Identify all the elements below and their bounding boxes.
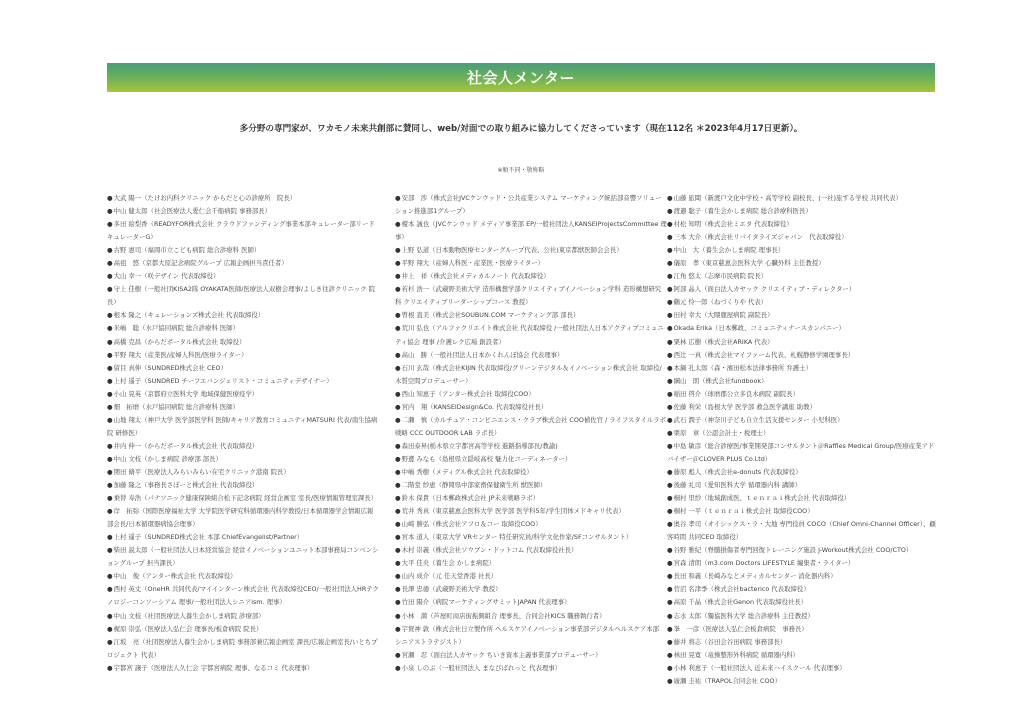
mentor-text: 曽根 直美（株式会社SOUBUN.COM マーケティング部 部長） [402, 311, 580, 319]
intro-text: 多分野の専門家が、ワカモノ未来共創部に賛同し、web/対面での取り組みに協力して… [107, 122, 935, 134]
mentor-entry: ●上村 遥子（SUNDRED株式会社 本部 ChiefEvangelist/Pa… [107, 531, 379, 544]
mentor-entry: ●小林 満（芦屋町商店街振興組合 理事長、合同会社KICS 職務執行者） [395, 610, 667, 623]
mentor-text: 中嶋 秀樹（メディグル株式会社 代表取締役） [402, 468, 533, 476]
bullet-icon: ● [667, 390, 673, 398]
mentor-text: 奥谷 孝司（オイシックス・ラ・大地 専門役員 COCO（Chief Omni-C… [667, 520, 936, 541]
bullet-icon: ● [107, 259, 113, 267]
bullet-icon: ● [107, 416, 113, 424]
bullet-icon: ● [107, 285, 113, 293]
mentor-entry: ●林田 晃寛（竜操整形外科病院 循環器内科） [667, 649, 939, 662]
mentor-entry: ●菅沼 名津季（株式会社bacterico 代表取締役） [667, 583, 939, 596]
bullet-icon: ● [395, 664, 401, 672]
mentor-entry: ●関田 脩平（医療法人みらいみらい在宅クリニック港南 院長） [107, 466, 379, 479]
mentor-entry: ●本鍋 孔太郎（森・濱田松本法律事務所 弁護士） [667, 362, 939, 375]
bullet-icon: ● [667, 324, 673, 332]
bullet-icon: ● [107, 246, 113, 254]
mentor-entry: ●留目 真伸（SUNDRED株式会社 CEO） [107, 362, 379, 375]
mentor-text: 守上 佳樹（一般社団KISA2隊 OYAKATA医師/医療法人双樹会理事/よしき… [107, 285, 375, 306]
mentor-text: 峯 一彦（医療法人弘仁会板倉病院 事務長） [674, 625, 808, 633]
bullet-icon: ● [107, 468, 113, 476]
mentor-entry: ●栗原 章（公認会計士・税理士） [667, 427, 939, 440]
bullet-icon: ● [395, 364, 401, 372]
bullet-icon: ● [107, 507, 113, 515]
mentor-text: 渡邉 聡子（養生会かしま病院 総合診療科医長） [674, 207, 812, 215]
mentor-entry: ●高山 勝（一般社団法人日本かくれんぼ協会 代表理事） [395, 349, 667, 362]
mentor-text: 加藤 隆之（事務長さぽーと株式会社 代表取締役） [114, 481, 259, 489]
bullet-icon: ● [395, 533, 401, 541]
mentor-text: 森田泰昇(栃木県立宇都宮高等学校 進路指導部長/教諭) [402, 442, 558, 450]
mentor-entry: ●二階堂 紗恵（静岡県中部家畜保健衛生所 獣医師） [395, 479, 667, 492]
mentor-entry: ●武石 潤子（神奈川子ども自立生活支援センター 小児科医） [667, 414, 939, 427]
mentor-entry: ●中山 大（養生会かしま病院 理事長） [667, 244, 939, 257]
bullet-icon: ● [395, 351, 401, 359]
mentor-entry: ●三本 大介（株式会社リバイタライズジャパン 代表取締役） [667, 231, 939, 244]
order-note: ※順不同・敬称略 [107, 165, 935, 174]
mentor-entry: ●西辻 一真（株式会社マイファーム代表、札幌静修学園理事長） [667, 349, 939, 362]
bullet-icon: ● [395, 311, 401, 319]
bullet-icon: ● [667, 585, 673, 593]
mentor-text: 上村 遥子（SUNDRED株式会社 本部 ChiefEvangelist/Par… [114, 533, 304, 541]
mentor-entry: ●粟林 広樹（株式会社ARIKA 代表） [667, 336, 939, 349]
mentor-text: 長田 和義（長崎みなとメディカルセンター 消化器内科） [674, 572, 837, 580]
bullet-icon: ● [667, 298, 673, 306]
mentor-entry: ●西村 英丈（OneHR 共同代表/マイインターン株式会社 代表取締役CEO/一… [107, 583, 379, 609]
mentor-text: 野邊 みなも（島根県立隠岐高校 魅力化コーディネーター） [402, 455, 572, 463]
bullet-icon: ● [107, 403, 113, 411]
mentor-text: 荒井 秀真（東京慈恵会医科大学 医学部 医学科5年/学生団体メドキャリ代表） [402, 507, 625, 515]
mentor-text: 高橋 克昌（からだポータル株式会社 取締役） [114, 338, 246, 346]
bullet-icon: ● [107, 625, 113, 633]
bullet-icon: ● [395, 259, 401, 267]
mentor-text: 江坂 亮（社団医療法人養生会かしま病院 事務部兼広報企画室 課長/広報企画室長/… [107, 638, 378, 659]
mentor-text: 古野 憲司（福岡市立こども病院 総合診療科 医師） [114, 246, 261, 254]
bullet-icon: ● [107, 194, 113, 202]
bullet-icon: ● [395, 285, 401, 293]
mentor-entry: ●高橋 克昌（からだポータル株式会社 取締役） [107, 336, 379, 349]
bullet-icon: ● [395, 442, 401, 450]
bullet-icon: ● [395, 651, 401, 659]
mentor-entry: ●鈴木 保貴（日本郵政株式会社 JP未来戦略ラボ） [395, 492, 667, 505]
mentor-entry: ●佐藤 利栄（島根大学 医学部 救急医学講座 助教） [667, 401, 939, 414]
mentor-text: 大平 佳央（養生会 かしま病院） [402, 559, 496, 567]
mentor-text: 山崎 勝弘（株式会社アフロ＆コー 取締役COO） [402, 520, 542, 528]
bullet-icon: ● [667, 651, 673, 659]
bullet-icon: ● [667, 416, 673, 424]
bullet-icon: ● [107, 311, 113, 319]
bullet-icon: ● [395, 416, 401, 424]
mentor-entry: ●古野 憲司（福岡市立こども病院 総合診療科 医師） [107, 244, 379, 257]
bullet-icon: ● [107, 324, 113, 332]
mentor-entry: ●米嶋 聡（水戸協同病院 総合診療科 医師） [107, 322, 379, 335]
mentor-text: 平野 翔大（産婦人科医・産業医・医療ライター） [402, 259, 544, 267]
bullet-icon: ● [667, 638, 673, 646]
bullet-icon: ● [107, 220, 113, 228]
bullet-icon: ● [667, 220, 673, 228]
bullet-icon: ● [107, 338, 113, 346]
mentor-entry: ●谷野 雅紀（脊髄損傷者専門回復トレーニング施設 J-Workout株式会社 C… [667, 544, 939, 557]
bullet-icon: ● [667, 625, 673, 633]
mentor-text: 阿部 晶人（面白法人カヤック クリエイティブ・ディレクター） [674, 285, 856, 293]
mentor-text: 武石 潤子（神奈川子ども自立生活支援センター 小児科医） [674, 416, 844, 424]
bullet-icon: ● [395, 612, 401, 620]
mentor-entry: ●荒川 弘也（アルファクリエイト株式会社 代表取締役 /一般社団法人日本アクティ… [395, 322, 667, 348]
bullet-icon: ● [667, 285, 673, 293]
mentor-entry: ●乗替 寿浩（パナソニック健康保険組合松下記念病院 経営企画室 室長/医療情報管… [107, 492, 379, 505]
bullet-icon: ● [395, 194, 401, 202]
mentor-entry: ●高祖 悠（京都大原記念病院グループ 広報企画担当責任者） [107, 257, 379, 270]
mentor-text: 中山 大（養生会かしま病院 理事長） [674, 246, 785, 254]
mentor-text: 鈴木 保貴（日本郵政株式会社 JP未来戦略ラボ） [402, 494, 540, 502]
mentor-text: 藤井 将志（谷田会谷田病院 事務部長） [674, 638, 787, 646]
bullet-icon: ● [395, 468, 401, 476]
bullet-icon: ● [107, 664, 113, 672]
mentor-text: 若杉 浩一（武蔵野美術大学 造形構想学部クリエイティブイノベーション学科 造形構… [395, 285, 661, 306]
bullet-icon: ● [107, 455, 113, 463]
bullet-icon: ● [667, 194, 673, 202]
mentor-text: 高山 勝（一般社団法人日本かくれんぼ協会 代表理事） [402, 351, 564, 359]
mentor-text: 小山 晃英（京都府立医科大学 地域保健医療疫学） [114, 390, 259, 398]
mentor-entry: ●西山 知恵子（アンター株式会社 取締役COO） [395, 388, 667, 401]
mentor-text: 井上 祥（株式会社メディカルノート 代表取締役） [402, 272, 550, 280]
bullet-icon: ● [667, 546, 673, 554]
bullet-icon: ● [667, 481, 673, 489]
bullet-icon: ● [667, 507, 673, 515]
mentor-text: 竹田 陽介（病院マーケティングサミットJAPAN 代表理事） [402, 598, 571, 606]
mentor-text: 儀原 孝（東京慈恵会医科大学 心臓外科 主任教授） [674, 259, 825, 267]
mentor-text: 谷野 雅紀（脊髄損傷者専門回復トレーニング施設 J-Workout株式会社 CO… [674, 546, 913, 554]
mentor-text: 三本 大介（株式会社リバイタライズジャパン 代表取締役） [674, 233, 848, 241]
mentor-entry: ●小林 利恵子（一般社団法人 近未来ハイスクール 代表理事） [667, 662, 939, 675]
mentor-entry: ●山崎 勝弘（株式会社アフロ＆コー 取締役COO） [395, 518, 667, 531]
bullet-icon: ● [667, 598, 673, 606]
bullet-icon: ● [667, 351, 673, 359]
mentor-text: 根本 隆之（キュレーションズ株式会社 代表取締役） [114, 311, 265, 319]
mentor-entry: ●宇賀神 敦（株式会社日立製作所 ヘルスケアイノベーション事業部デジタルヘルスケ… [395, 623, 667, 649]
mentor-text: 安部 渉（株式会社JVCケンウッド・公共産業システム マーケティング統括部音響ソ… [395, 194, 662, 215]
bullet-icon: ● [107, 481, 113, 489]
mentor-text: 長澤 忠徳（武蔵野美術大学 教授） [402, 585, 502, 593]
mentor-entry: ●畑 拓磨（水戸協同病院 総合診療科 医師） [107, 401, 379, 414]
bullet-icon: ● [395, 625, 401, 633]
mentor-entry: ●宮本 道人（東京大学 VRセンター 特任研究員/科学文化作家/SFコンサルタン… [395, 531, 667, 544]
mentor-text: 村松 知明（株式会社ミエタ 代表取締役） [674, 220, 793, 228]
mentor-text: 藤原 彪人（株式会社e-donuts 代表取締役） [674, 468, 802, 476]
mentor-entry: ●中山 文枝（かしま病院 診療部 部長） [107, 453, 379, 466]
bullet-icon: ● [107, 351, 113, 359]
mentor-entry: ●廣瀬 圭祐（TRAPOL合同会社 COO） [667, 675, 939, 688]
mentor-entry: ●山藤 旅聞（新渡戸文化中学校・高等学校 副校長、(一社)旅する学校 共同代表） [667, 192, 939, 205]
mentor-entry: ●榎本 誠也（JVCケンウッド メディア事業部 EP/一般社団法人KANSEIP… [395, 218, 667, 244]
mentor-entry: ●若杉 浩一（武蔵野美術大学 造形構想学部クリエイティブイノベーション学科 造形… [395, 283, 667, 309]
mentor-text: 粟林 広樹（株式会社ARIKA 代表） [674, 338, 774, 346]
mentor-text: 宮本 道人（東京大学 VRセンター 特任研究員/科学文化作家/SFコンサルタント… [402, 533, 633, 541]
section-title: 社会人メンター [467, 67, 575, 88]
mentor-text: 上村 遥子（SUNDRED チーフエバンジェリスト・コミュニティデザイナー） [114, 377, 333, 385]
bullet-icon: ● [667, 559, 673, 567]
mentor-entry: ●阿部 晶人（面白法人カヤック クリエイティブ・ディレクター） [667, 283, 939, 296]
bullet-icon: ● [667, 311, 673, 319]
bullet-icon: ● [395, 572, 401, 580]
mentor-entry: ●江坂 亮（社団医療法人養生会かしま病院 事務部兼広報企画室 課長/広報企画室長… [107, 636, 379, 662]
mentor-text: 田村 幸大（大隈鹿屋病院 副院長） [674, 311, 774, 319]
mentor-entry: ●井内 伸一（からだポータル株式会社 代表取締役） [107, 440, 379, 453]
mentor-text: 廣瀬 圭祐（TRAPOL合同会社 COO） [674, 677, 781, 685]
mentor-entry: ●宮瀬 忍（面白法人カヤック ちいき資本主義事業部プロデューサー） [395, 649, 667, 662]
bullet-icon: ● [667, 429, 673, 437]
mentor-entry: ●中山 俊（アンター株式会社 代表取締役） [107, 570, 379, 583]
mentor-text: 山地 翔太（神戸大学 医学部医学科 医師/キャリア教育コミュニティMATSURI… [107, 416, 377, 437]
mentor-text: 岸 拓弥（国際医療福祉大学 大学院医学研究科循環器内科学教授/日本循環器学会情報… [107, 507, 373, 528]
mentor-text: 宮瀬 忍（面白法人カヤック ちいき資本主義事業部プロデューサー） [402, 651, 602, 659]
bullet-icon: ● [107, 572, 113, 580]
mentor-text: 柴田 説太郎（一般社団法人日本経営協会 経営イノベーションユニット本部事務局コン… [107, 546, 378, 567]
mentor-text: 小林 利恵子（一般社団法人 近未来ハイスクール 代表理事） [674, 664, 846, 672]
bullet-icon: ● [395, 546, 401, 554]
mentor-text: 高原 千晶（株式会社Genon 代表取締役社長） [674, 598, 808, 606]
mentor-entry: ●綱山 朗（株式会社fundbook） [667, 375, 939, 388]
bullet-icon: ● [667, 207, 673, 215]
bullet-icon: ● [667, 259, 673, 267]
mentor-text: 二階堂 紗恵（静岡県中部家畜保健衛生所 獣医師） [402, 481, 547, 489]
mentor-entry: ●中嶋 秀樹（メディグル株式会社 代表取締役） [395, 466, 667, 479]
bullet-icon: ● [395, 403, 401, 411]
mentor-text: 中山 健太郎（社会医療法人愛仁会千船病院 事務部長） [114, 207, 271, 215]
bullet-icon: ● [667, 677, 673, 685]
mentor-entry: ●平野 翔大（産業医/産婦人科医/医療ライター） [107, 349, 379, 362]
mentor-text: 宮森 清朗（m3.com Doctors LIFESTYLE 編集者・ライター） [674, 559, 855, 567]
mentor-entry: ●木村 崇義（株式会社ソウブン・ドットコム 代表取締役社長） [395, 544, 667, 557]
bullet-icon: ● [107, 585, 113, 593]
mentor-entry: ●上野 弘道（日本動物医療センターグループ代表、公社)東京都獣医師会会長） [395, 244, 667, 257]
mentor-text: 上野 弘道（日本動物医療センターグループ代表、公社)東京都獣医師会会長） [402, 246, 623, 254]
mentor-text: 中山 文枝（かしま病院 診療部 部長） [114, 455, 222, 463]
mentor-text: 大武 陽一（たけお内科クリニック からだと心の診療所 院長） [114, 194, 297, 202]
mentor-entry: ●長田 和義（長崎みなとメディカルセンター 消化器内科） [667, 570, 939, 583]
bullet-icon: ● [107, 272, 113, 280]
bullet-icon: ● [395, 507, 401, 515]
bullet-icon: ● [667, 572, 673, 580]
mentor-entry: ●渡邉 聡子（養生会かしま病院 総合診療科医長） [667, 205, 939, 218]
bullet-icon: ● [395, 272, 401, 280]
bullet-icon: ● [107, 390, 113, 398]
mentor-text: 佐藤 利栄（島根大学 医学部 救急医学講座 助教） [674, 403, 816, 411]
mentor-entry: ●多田 絵梨香（READYFOR株式会社 クラウドファンディング事業本部キュレー… [107, 218, 379, 244]
bullet-icon: ● [667, 494, 673, 502]
mentor-entry: ●梶原 崇弘（医療法人弘仁会 理事長/板倉病院 院長） [107, 623, 379, 636]
mentor-entry: ●後藤 礼司（愛知医科大学 循環器内科 講師） [667, 479, 939, 492]
bullet-icon: ● [667, 520, 673, 528]
mentor-entry: ●安部 渉（株式会社JVCケンウッド・公共産業システム マーケティング統括部音響… [395, 192, 667, 218]
mentor-text: 大山 幸一（咲デザイン 代表取締役） [114, 272, 220, 280]
mentor-entry: ●藤原 彪人（株式会社e-donuts 代表取締役） [667, 466, 939, 479]
section-banner: 社会人メンター [107, 63, 935, 92]
mentor-text: 稲田 啓介（球磨郡公立多良木病院 副院長） [674, 390, 799, 398]
bullet-icon: ● [395, 220, 401, 228]
mentor-entry: ●曽根 直美（株式会社SOUBUN.COM マーケティング部 部長） [395, 309, 667, 322]
bullet-icon: ● [667, 272, 673, 280]
bullet-icon: ● [107, 494, 113, 502]
bullet-icon: ● [667, 246, 673, 254]
bullet-icon: ● [667, 364, 673, 372]
mentor-text: 西辻 一真（株式会社マイファーム代表、札幌静修学園理事長） [674, 351, 855, 359]
mentor-entry: ●桐村 里紗（地域創成医、ｔｅｎｒａｉ株式会社 代表取締役） [667, 492, 939, 505]
mentor-text: 西山 知恵子（アンター株式会社 取締役COO） [402, 390, 535, 398]
mentor-text: 山藤 旅聞（新渡戸文化中学校・高等学校 副校長、(一社)旅する学校 共同代表） [674, 194, 902, 202]
bullet-icon: ● [395, 246, 401, 254]
mentor-text: 中島 敏彦（総合診療医/事業開発部コンサルタント＠Raffles Medical… [667, 442, 934, 463]
mentor-entry: ●二瀬 慎（カルチュア・コンビニエンス・クラブ株式会社 COO補佐官 / ライフ… [395, 414, 667, 440]
bullet-icon: ● [395, 559, 401, 567]
mentor-text: 鶴元 怜一郎（ねづくりや 代表） [674, 298, 768, 306]
bullet-icon: ● [107, 612, 113, 620]
mentor-entry: ●志水 太郎（獨協医科大学 総合診療科 主任教授） [667, 610, 939, 623]
mentor-text: 荒川 弘也（アルファクリエイト株式会社 代表取締役 /一般社団法人日本アクティブ… [395, 324, 664, 345]
bullet-icon: ● [667, 612, 673, 620]
mentor-text: 井内 伸一（からだポータル株式会社 代表取締役） [114, 442, 259, 450]
mentor-text: 菅沼 名津季（株式会社bacterico 代表取締役） [674, 585, 810, 593]
mentor-text: 綱山 朗（株式会社fundbook） [674, 377, 768, 385]
mentor-text: 山内 成介（元 任天堂香港 社長） [402, 572, 498, 580]
bullet-icon: ● [395, 481, 401, 489]
mentor-text: 後藤 礼司（愛知医科大学 循環器内科 講師） [674, 481, 802, 489]
bullet-icon: ● [107, 442, 113, 450]
mentor-text: 梶原 崇弘（医療法人弘仁会 理事長/板倉病院 院長） [114, 625, 263, 633]
mentor-entry: ●大山 幸一（咲デザイン 代表取締役） [107, 270, 379, 283]
mentor-entry: ●井上 祥（株式会社メディカルノート 代表取締役） [395, 270, 667, 283]
mentor-text: 宇都宮 譲子（医療法人久仁会 宇都宮病院 理事、なるコミ 代表理事） [114, 664, 314, 672]
mentor-entry: ●根本 隆之（キュレーションズ株式会社 代表取締役） [107, 309, 379, 322]
mentor-entry: ●長澤 忠徳（武蔵野美術大学 教授） [395, 583, 667, 596]
mentor-text: 小泉 しのぶ（一般社団法人 まなびばれっと 代表理事） [402, 664, 561, 672]
mentor-entry: ●荒井 秀真（東京慈恵会医科大学 医学部 医学科5年/学生団体メドキャリ代表） [395, 505, 667, 518]
mentor-entry: ●守上 佳樹（一般社団KISA2隊 OYAKATA医師/医療法人双樹会理事/よし… [107, 283, 379, 309]
bullet-icon: ● [395, 598, 401, 606]
mentor-text: 桐村 里紗（地域創成医、ｔｅｎｒａｉ株式会社 代表取締役） [674, 494, 851, 502]
mentor-text: 栗原 章（公認会計士・税理士） [674, 429, 770, 437]
bullet-icon: ● [395, 520, 401, 528]
bullet-icon: ● [667, 468, 673, 476]
mentor-entry: ●宮内 翔（KANSEIDesign&Co. 代表取締役社長） [395, 401, 667, 414]
mentor-entry: ●稲田 啓介（球磨郡公立多良木病院 副院長） [667, 388, 939, 401]
mentor-entry: ●大武 陽一（たけお内科クリニック からだと心の診療所 院長） [107, 192, 379, 205]
bullet-icon: ● [667, 338, 673, 346]
bullet-icon: ● [107, 638, 113, 646]
bullet-icon: ● [107, 533, 113, 541]
mentor-entry: ●岸 拓弥（国際医療福祉大学 大学院医学研究科循環器内科学教授/日本循環器学会情… [107, 505, 379, 531]
mentor-text: 西村 英丈（OneHR 共同代表/マイインターン株式会社 代表取締役CEO/一般… [107, 585, 379, 606]
mentor-text: 木村 崇義（株式会社ソウブン・ドットコム 代表取締役社長） [402, 546, 578, 554]
mentor-text: 畑 拓磨（水戸協同病院 総合診療科 医師） [114, 403, 239, 411]
mentor-entry: ●儀原 孝（東京慈恵会医科大学 心臓外科 主任教授） [667, 257, 939, 270]
mentor-entry: ●小山 晃英（京都府立医科大学 地域保健医療疫学） [107, 388, 379, 401]
bullet-icon: ● [107, 364, 113, 372]
mentor-text: 小林 満（芦屋町商店街振興組合 理事長、合同会社KICS 職務執行者） [402, 612, 606, 620]
mentor-text: 多田 絵梨香（READYFOR株式会社 クラウドファンディング事業本部キュレータ… [107, 220, 375, 241]
mentor-entry: ●中島 敏彦（総合診療医/事業開発部コンサルタント＠Raffles Medica… [667, 440, 939, 466]
mentor-text: 江角 悠太（志摩市民病院 院長） [674, 272, 768, 280]
mentor-text: 石川 玄哉（株式会社KIJIN 代表取締役/グリーンデジタル＆イノベーション株式… [395, 364, 662, 385]
mentor-entry: ●小泉 しのぶ（一般社団法人 まなびばれっと 代表理事） [395, 662, 667, 675]
bullet-icon: ● [395, 390, 401, 398]
mentor-entry: ●上村 遥子（SUNDRED チーフエバンジェリスト・コミュニティデザイナー） [107, 375, 379, 388]
mentor-entry: ●高原 千晶（株式会社Genon 代表取締役社長） [667, 596, 939, 609]
bullet-icon: ● [395, 455, 401, 463]
mentor-entry: ●平野 翔大（産婦人科医・産業医・医療ライター） [395, 257, 667, 270]
mentor-text: Okada Erika（日本郵政、コミュニティナースカンパニー） [674, 324, 845, 332]
mentor-entry: ●森田泰昇(栃木県立宇都宮高等学校 進路指導部長/教諭) [395, 440, 667, 453]
mentor-entry: ●峯 一彦（医療法人弘仁会板倉病院 事務長） [667, 623, 939, 636]
mentor-entry: ●江角 悠太（志摩市民病院 院長） [667, 270, 939, 283]
mentor-entry: ●山地 翔太（神戸大学 医学部医学科 医師/キャリア教育コミュニティMATSUR… [107, 414, 379, 440]
mentor-entry: ●中山 文枝（社団医療法人養生会かしま病院 診療部） [107, 610, 379, 623]
mentor-text: 志水 太郎（獨協医科大学 総合診療科 主任教授） [674, 612, 814, 620]
mentor-text: 桐村 一平（ｔｅｎｒａｉ株式会社 取締役COO） [674, 507, 814, 515]
bullet-icon: ● [667, 377, 673, 385]
mentor-text: 榎本 誠也（JVCケンウッド メディア事業部 EP/一般社団法人KANSEIPr… [395, 220, 667, 241]
mentor-entry: ●桐村 一平（ｔｅｎｒａｉ株式会社 取締役COO） [667, 505, 939, 518]
mentor-text: 二瀬 慎（カルチュア・コンビニエンス・クラブ株式会社 COO補佐官 / ライフス… [395, 416, 666, 437]
mentor-column-2: ●安部 渉（株式会社JVCケンウッド・公共産業システム マーケティング統括部音響… [395, 192, 667, 675]
bullet-icon: ● [667, 403, 673, 411]
mentor-entry: ●野邊 みなも（島根県立隠岐高校 魅力化コーディネーター） [395, 453, 667, 466]
mentor-entry: ●中山 健太郎（社会医療法人愛仁会千船病院 事務部長） [107, 205, 379, 218]
mentor-text: 高祖 悠（京都大原記念病院グループ 広報企画担当責任者） [114, 259, 288, 267]
mentor-text: 乗替 寿浩（パナソニック健康保険組合松下記念病院 経営企画室 室長/医療情報管理… [114, 494, 377, 502]
mentor-entry: ●加藤 隆之（事務長さぽーと株式会社 代表取締役） [107, 479, 379, 492]
mentor-entry: ●鶴元 怜一郎（ねづくりや 代表） [667, 296, 939, 309]
mentor-entry: ●村松 知明（株式会社ミエタ 代表取締役） [667, 218, 939, 231]
mentor-text: 宇賀神 敦（株式会社日立製作所 ヘルスケアイノベーション事業部デジタルヘルスケア… [395, 625, 659, 646]
bullet-icon: ● [395, 585, 401, 593]
mentor-entry: ●山内 成介（元 任天堂香港 社長） [395, 570, 667, 583]
mentor-entry: ●Okada Erika（日本郵政、コミュニティナースカンパニー） [667, 322, 939, 335]
mentor-entry: ●柴田 説太郎（一般社団法人日本経営協会 経営イノベーションユニット本部事務局コ… [107, 544, 379, 570]
bullet-icon: ● [667, 442, 673, 450]
mentor-entry: ●田村 幸大（大隈鹿屋病院 副院長） [667, 309, 939, 322]
mentor-entry: ●大平 佳央（養生会 かしま病院） [395, 557, 667, 570]
mentor-text: 宮内 翔（KANSEIDesign&Co. 代表取締役社長） [402, 403, 548, 411]
mentor-text: 中山 俊（アンター株式会社 代表取締役） [114, 572, 237, 580]
bullet-icon: ● [107, 546, 113, 554]
bullet-icon: ● [667, 664, 673, 672]
bullet-icon: ● [395, 494, 401, 502]
mentor-entry: ●竹田 陽介（病院マーケティングサミットJAPAN 代表理事） [395, 596, 667, 609]
mentor-text: 関田 脩平（医療法人みらいみらい在宅クリニック港南 院長） [114, 468, 290, 476]
bullet-icon: ● [667, 233, 673, 241]
mentor-text: 留目 真伸（SUNDRED株式会社 CEO） [114, 364, 227, 372]
mentor-text: 平野 翔大（産業医/産婦人科医/医療ライター） [114, 351, 248, 359]
bullet-icon: ● [395, 324, 401, 332]
mentor-text: 米嶋 聡（水戸協同病院 総合診療科 医師） [114, 324, 239, 332]
mentor-column-1: ●大武 陽一（たけお内科クリニック からだと心の診療所 院長）●中山 健太郎（社… [107, 192, 379, 675]
mentor-text: 中山 文枝（社団医療法人養生会かしま病院 診療部） [114, 612, 265, 620]
mentor-entry: ●藤井 将志（谷田会谷田病院 事務部長） [667, 636, 939, 649]
mentor-entry: ●宮森 清朗（m3.com Doctors LIFESTYLE 編集者・ライター… [667, 557, 939, 570]
mentor-text: 林田 晃寛（竜操整形外科病院 循環器内科） [674, 651, 799, 659]
bullet-icon: ● [107, 377, 113, 385]
mentor-text: 本鍋 孔太郎（森・濱田松本法律事務所 弁護士） [674, 364, 812, 372]
mentor-column-3: ●山藤 旅聞（新渡戸文化中学校・高等学校 副校長、(一社)旅する学校 共同代表）… [667, 192, 939, 688]
mentor-entry: ●宇都宮 譲子（医療法人久仁会 宇都宮病院 理事、なるコミ 代表理事） [107, 662, 379, 675]
bullet-icon: ● [107, 207, 113, 215]
mentor-entry: ●石川 玄哉（株式会社KIJIN 代表取締役/グリーンデジタル＆イノベーション株… [395, 362, 667, 388]
mentor-entry: ●奥谷 孝司（オイシックス・ラ・大地 専門役員 COCO（Chief Omni-… [667, 518, 939, 544]
